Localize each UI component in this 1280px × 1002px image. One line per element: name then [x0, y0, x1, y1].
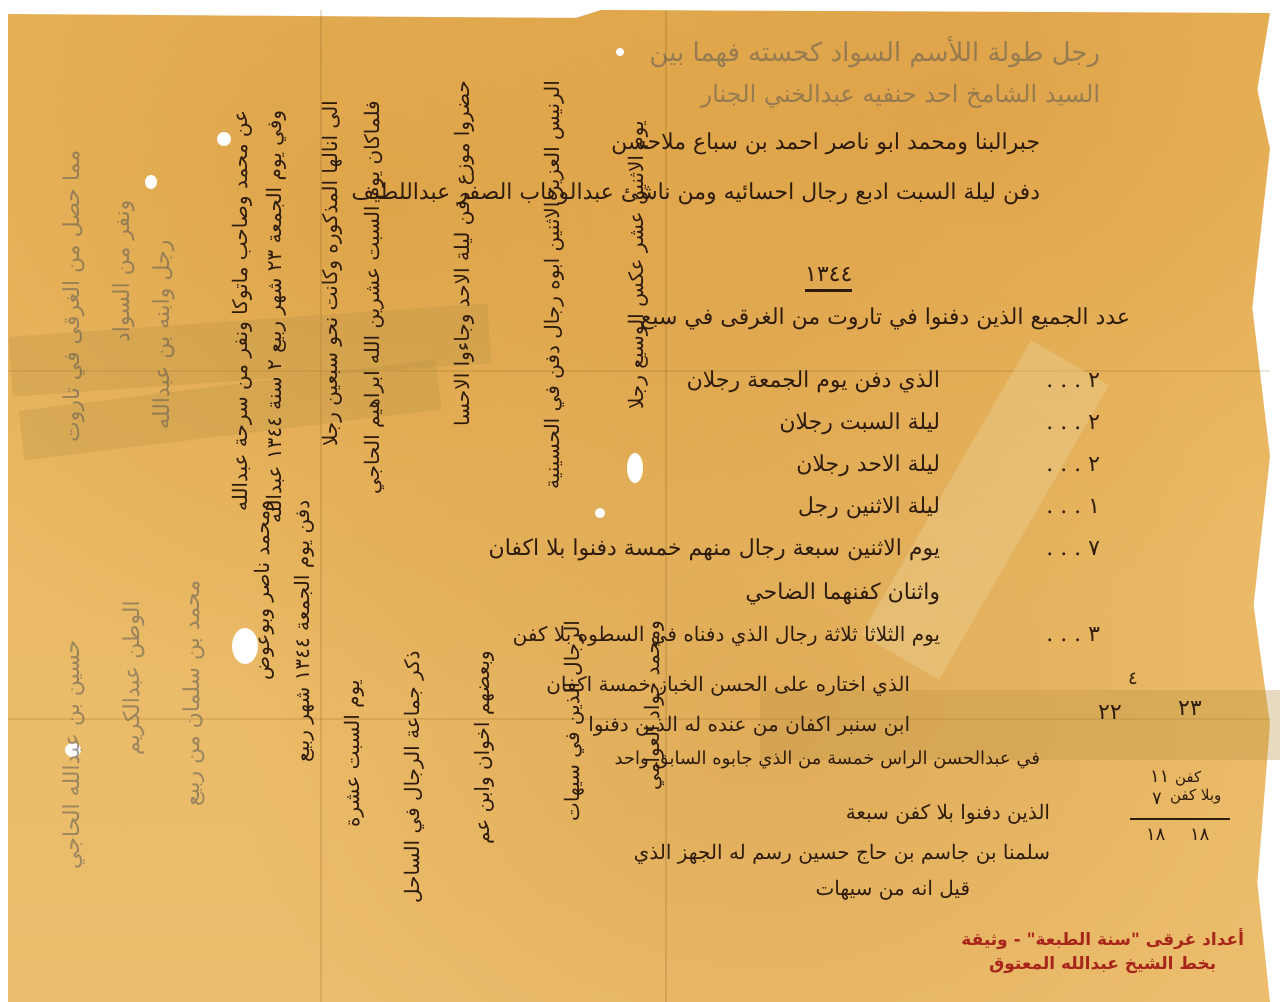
- vertical-ink-column: فلماكان يوم السبت عشرين الله ابراهيم الح…: [360, 100, 384, 440]
- entry-text: يوم الاثنين سبعة رجال منهم خمسة دفنوا بل…: [489, 536, 940, 561]
- entry-count: ٢ . . .: [1046, 410, 1100, 435]
- tally-num-kafan: ١١: [1150, 766, 1169, 787]
- entry-count: ٣ . . .: [1046, 622, 1100, 647]
- vertical-ink-column: عن محمد وصاحب ماتوكا ونفر من سرحة عبدالل…: [228, 110, 252, 390]
- vertical-ink-column: يوم الاثنين عشر عكس الوسيع رجلا: [624, 120, 648, 500]
- vertical-pencil-column: الوطن عبدالكريم: [120, 600, 145, 940]
- paper-hole: [595, 508, 605, 518]
- paper-hole: [145, 175, 157, 189]
- vertical-ink-column: ذكر جماعة الرجال في الساحل: [400, 650, 424, 930]
- ink-line: جبرالبنا ومحمد ابو ناصر احمد بن سباع ملا…: [611, 130, 1040, 155]
- entry-count: ٧ . . .: [1046, 536, 1100, 561]
- vertical-ink-column: وفي يوم الجمعة ٢٣ شهر ربيع ٢ سنة ١٣٤٤ عب…: [262, 110, 286, 440]
- document-caption: أعداد غرقى "سنة الطبعة" - وثيقة بخط الشي…: [961, 928, 1244, 976]
- entry-text: ليلة السبت رجلان: [779, 410, 940, 435]
- vertical-ink-column: الرنيس العزيز الاثنين ابوه رجال دفن في ا…: [540, 80, 564, 480]
- entry-text: ليلة الاثنين رجل: [798, 494, 940, 519]
- note-line: في عبدالحسن الراس خمسة من الذي جابوه الس…: [614, 748, 1040, 769]
- pencil-header-line: رجل طولة اللأسم السواد كحسته فهما بين: [649, 38, 1100, 68]
- vertical-pencil-column: رجل وابنه بن عبدالله: [150, 240, 175, 500]
- vertical-pencil-column: مما حصل من الغرقى في تاروت: [60, 150, 85, 510]
- note-line: قيل انه من سيهات: [815, 876, 970, 900]
- vertical-ink-column: حضروا موزع دفن ليلة الاحد وجاءوا الاحسا: [450, 80, 474, 460]
- caption-title: أعداد غرقى "سنة الطبعة" - وثيقة: [961, 928, 1244, 952]
- tally-num-bila: ٧: [1152, 788, 1162, 809]
- entry-count: ١ . . .: [1046, 494, 1100, 519]
- vertical-pencil-column: ونفر من السواد: [110, 200, 135, 460]
- tally-mark: ٤: [1128, 668, 1138, 689]
- entry-text: الذي دفن يوم الجمعة رجلان: [687, 368, 940, 393]
- entry-count: ٢ . . .: [1046, 452, 1100, 477]
- caption-subtitle: بخط الشيخ عبدالله المعتوق: [961, 952, 1244, 976]
- note-line: الذين دفنوا بلا كفن سبعة: [846, 800, 1050, 824]
- pencil-header-line: السيد الشامخ احد حنفيه عبدالخني الجنار: [701, 80, 1100, 108]
- note-line: ابن سنبر اكفان من عنده له الذين دفنوا: [588, 712, 910, 736]
- tally-total: ١٨: [1190, 824, 1209, 845]
- entry-text: ليلة الاحد رجلان: [796, 452, 940, 477]
- tally-rule: [1130, 818, 1230, 820]
- tally-label-kafan: كفن: [1175, 768, 1201, 786]
- note-line: الذي اختاره على الحسن الخباز خمسة اكفان: [546, 672, 910, 696]
- vertical-ink-column: الى انالها المذكوره وكانت نحو سبعين رجلا: [318, 100, 342, 430]
- vertical-ink-column: وبعضهم اخوان وابن عم: [470, 650, 494, 930]
- entry-text: واثنان كفنهما الضاحي: [745, 580, 940, 605]
- tally-label-bila: وبلا كفن: [1170, 786, 1221, 804]
- vertical-pencil-column: حسين بن عبدالله الحاجي: [60, 640, 85, 960]
- entry-count: ٢ . . .: [1046, 368, 1100, 393]
- vertical-pencil-column: محمد بن سلمان من ربيع: [180, 580, 205, 920]
- heading-line: عدد الجميع الذين دفنوا في تاروت من الغرق…: [641, 305, 1130, 330]
- vertical-ink-column: الرجال الذين في سيهات: [560, 620, 584, 920]
- vertical-ink-column: ومحمد جواد العوامي: [640, 620, 664, 920]
- vertical-ink-column: يوم السبت عشرة: [340, 680, 364, 940]
- vertical-ink-column: ومحمد ناصر وبوعوض: [250, 500, 274, 700]
- vertical-ink-column: دفن يوم الجمعة ١٣٤٤ شهر ربيع: [290, 500, 314, 680]
- tally-mark: ٢٣: [1178, 696, 1202, 721]
- note-line: سلمنا بن جاسم بن حاج حسين رسم له الجهز ا…: [634, 840, 1050, 864]
- year-label: ١٣٤٤: [805, 262, 852, 292]
- tally-total: ١٨: [1146, 824, 1165, 845]
- paper-hole: [616, 48, 624, 56]
- tally-mark: ٢٢: [1098, 700, 1122, 725]
